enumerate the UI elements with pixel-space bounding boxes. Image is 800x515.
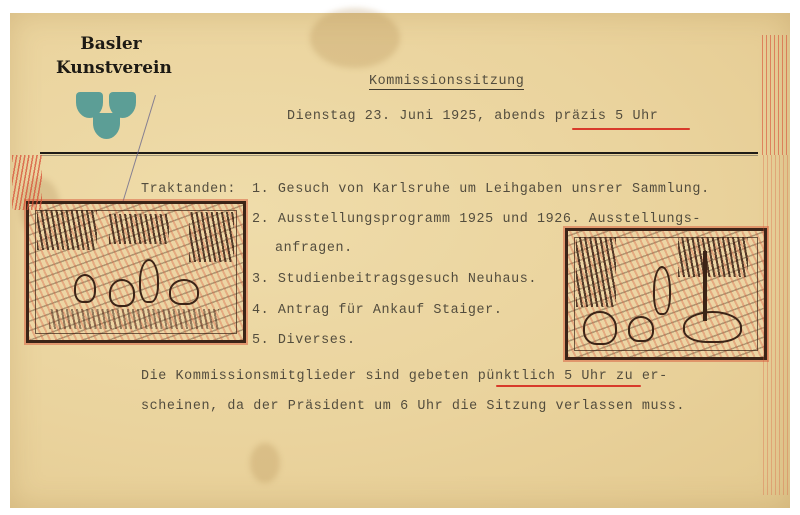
document-title: Kommissionssitzung — [369, 74, 524, 90]
agenda-item-2-continuation: anfragen. — [275, 241, 353, 256]
org-name-line1: Basler — [56, 32, 166, 56]
closing-line-1: Die Kommissionsmitglieder sind gebeten p… — [141, 369, 668, 384]
sketch-left-landscape-icon — [26, 201, 246, 343]
date-emphasis: präzis 5 Uhr — [555, 109, 659, 124]
date-prefix: Dienstag 23. Juni 1925, abends — [287, 109, 555, 124]
paper-stain — [310, 8, 400, 68]
paper-stain — [250, 443, 280, 483]
margin-sketch-icon — [762, 35, 790, 155]
horizontal-rule — [40, 152, 758, 154]
red-underline — [496, 385, 641, 387]
agenda-item-3: 3. Studienbeitragsgesuch Neuhaus. — [252, 272, 537, 287]
agenda-label: Traktanden: — [141, 182, 236, 197]
horizontal-rule-secondary — [40, 155, 758, 156]
closing-line-2: scheinen, da der Präsident um 6 Uhr die … — [141, 399, 685, 414]
meeting-date-line: Dienstag 23. Juni 1925, abends präzis 5 … — [287, 109, 658, 124]
closing-emphasis: pünktlich 5 Uhr — [478, 369, 608, 384]
letterhead-logo: Basler Kunstverein — [56, 32, 166, 80]
agenda-item-4: 4. Antrag für Ankauf Staiger. — [252, 303, 502, 318]
agenda-item-1: 1. Gesuch von Karlsruhe um Leihgaben uns… — [252, 182, 710, 197]
red-underline — [572, 128, 690, 130]
org-name-line2: Kunstverein — [56, 56, 166, 80]
margin-sketch-icon — [12, 155, 42, 210]
agenda-item-5: 5. Diverses. — [252, 333, 356, 348]
margin-sketch-icon — [763, 155, 788, 495]
agenda-item-2: 2. Ausstellungsprogramm 1925 und 1926. A… — [252, 212, 701, 227]
sketch-right-figures-icon — [565, 228, 767, 360]
